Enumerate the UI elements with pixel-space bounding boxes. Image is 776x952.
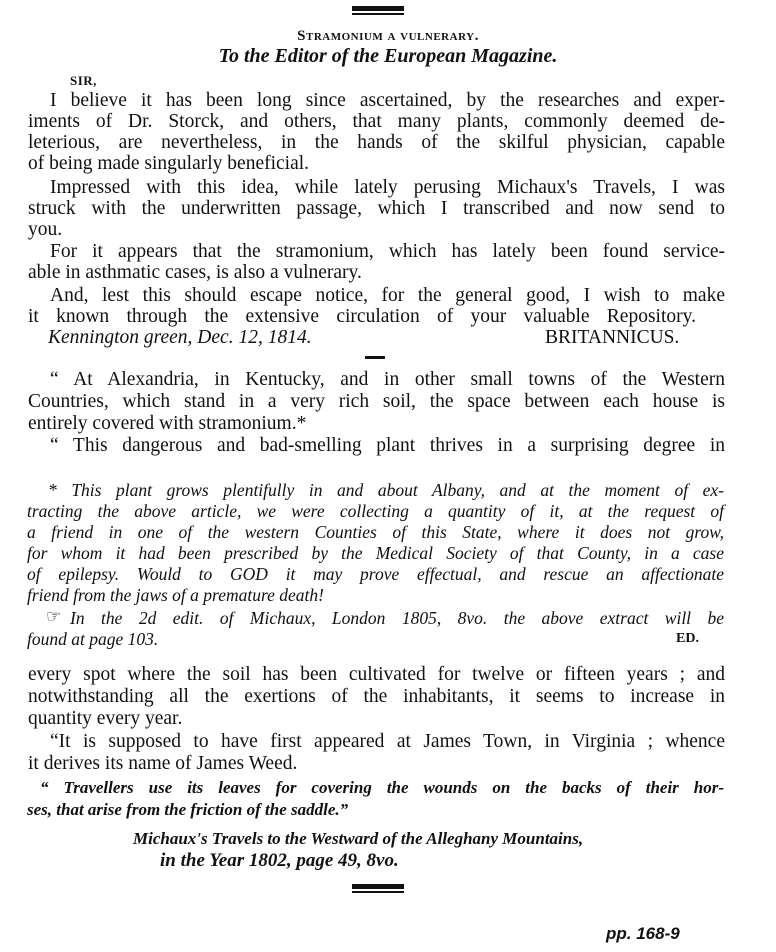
quote-line: Countries, which stand in a very rich so… — [28, 391, 725, 413]
signature: BRITANNICUS. — [545, 327, 679, 349]
quote-italic-line: ses, that arise from the friction of the… — [27, 800, 348, 820]
letter-line: iments of Dr. Storck, and others, that m… — [28, 111, 725, 133]
bottom-ornament-rule — [352, 884, 404, 893]
article-title: Stramonium a vulnerary. — [0, 28, 776, 45]
quote-line: notwithstanding all the exertions of the… — [28, 686, 725, 708]
footnote-line: tracting the above article, we were coll… — [27, 501, 724, 521]
footnote-note-line: In the 2d edit. of Michaux, London 1805,… — [70, 608, 724, 628]
page-reference: pp. 168-9 — [606, 924, 680, 944]
pointing-hand-icon: ☞ — [46, 607, 61, 627]
footnote-line: * This plant grows plentifully in and ab… — [48, 480, 724, 500]
top-ornament-rule — [352, 6, 404, 15]
letter-line: you. — [28, 219, 62, 241]
letter-line: it known through the extensive circulati… — [28, 306, 696, 328]
citation-line-2: in the Year 1802, page 49, 8vo. — [160, 850, 399, 872]
quote-line: entirely covered with stramonium.* — [28, 413, 306, 435]
letter-line: I believe it has been long since ascerta… — [50, 90, 725, 112]
footnote-line: of epilepsy. Would to GOD it may prove e… — [27, 564, 724, 584]
footnote-line: for whom it had been prescribed by the M… — [27, 543, 724, 563]
letter-line: of being made singularly beneficial. — [28, 153, 309, 175]
place-date: Kennington green, Dec. 12, 1814. — [48, 327, 312, 349]
quote-line: “ At Alexandria, in Kentucky, and in oth… — [50, 369, 725, 391]
quote-line: every spot where the soil has been culti… — [28, 664, 725, 686]
document-page: Stramonium a vulnerary. To the Editor of… — [0, 0, 776, 952]
article-subtitle: To the Editor of the European Magazine. — [0, 45, 776, 68]
section-separator — [365, 356, 385, 359]
footnote-line: friend from the jaws of a premature deat… — [27, 585, 324, 605]
quote-line: “ This dangerous and bad-smelling plant … — [50, 435, 725, 457]
letter-line: struck with the underwritten passage, wh… — [28, 198, 725, 220]
citation-line: Michaux's Travels to the Westward of the… — [133, 829, 583, 849]
editor-signature: ED. — [676, 629, 699, 649]
quote-line: “It is supposed to have first appeared a… — [50, 731, 725, 753]
letter-line: able in asthmatic cases, is also a vulne… — [28, 262, 362, 284]
salutation: SIR, — [70, 73, 97, 89]
quote-line: it derives its name of James Weed. — [28, 753, 297, 775]
footnote-note-line: found at page 103. — [27, 629, 158, 649]
letter-line: Impressed with this idea, while lately p… — [50, 177, 725, 199]
citation-year-text: in the Year 1802, page 49, 8vo. — [160, 850, 399, 871]
letter-line: For it appears that the stramonium, whic… — [50, 241, 725, 263]
quote-line: quantity every year. — [28, 708, 182, 730]
letter-line: And, lest this should escape notice, for… — [50, 285, 725, 307]
quote-italic-line: “ Travellers use its leaves for covering… — [40, 778, 724, 798]
letter-line: leterious, are nevertheless, in the hand… — [28, 132, 725, 154]
footnote-line: a friend in one of the western Counties … — [27, 522, 724, 542]
